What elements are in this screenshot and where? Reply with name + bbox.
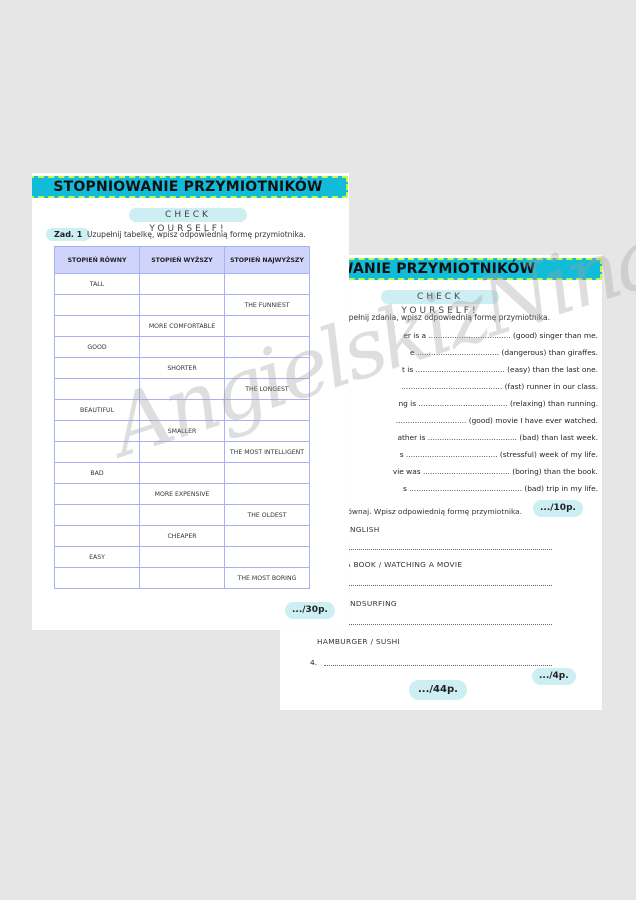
- table-cell[interactable]: [55, 526, 140, 547]
- table-cell: CHEAPER: [140, 526, 225, 547]
- table-cell[interactable]: [55, 316, 140, 337]
- answer-line[interactable]: [340, 585, 552, 586]
- table-row: THE OLDEST: [55, 505, 310, 526]
- table-cell[interactable]: [225, 337, 310, 358]
- answer-line[interactable]: [324, 665, 552, 666]
- table-cell[interactable]: [225, 358, 310, 379]
- table-cell[interactable]: [55, 505, 140, 526]
- sentence-item: vie was ................................…: [393, 467, 598, 476]
- check-yourself-badge: CHECK YOURSELF!: [129, 208, 247, 222]
- sentence-item: s ......................................…: [400, 450, 598, 459]
- table-cell[interactable]: [55, 442, 140, 463]
- table-cell[interactable]: [140, 568, 225, 589]
- table-cell[interactable]: [140, 337, 225, 358]
- table-cell[interactable]: [225, 484, 310, 505]
- table-cell[interactable]: [225, 463, 310, 484]
- column-header: STOPIEŃ WYŻSZY: [140, 247, 225, 274]
- table-row: THE LONGEST: [55, 379, 310, 400]
- table-cell[interactable]: [225, 316, 310, 337]
- table-cell[interactable]: [55, 295, 140, 316]
- table-cell[interactable]: [140, 274, 225, 295]
- table-cell[interactable]: [140, 505, 225, 526]
- table-cell[interactable]: [140, 379, 225, 400]
- table-cell: MORE EXPENSIVE: [140, 484, 225, 505]
- sentence-item: er is a ................................…: [403, 331, 598, 340]
- task-instruction: zupełnij zdania, wpisz odpowiednią formę…: [340, 313, 550, 322]
- table-cell[interactable]: [225, 526, 310, 547]
- sentence-item: ng is ..................................…: [398, 399, 598, 408]
- sentence-item: s ......................................…: [403, 484, 598, 493]
- table-cell[interactable]: [140, 400, 225, 421]
- table-cell: THE LONGEST: [225, 379, 310, 400]
- table-row: EASY: [55, 547, 310, 568]
- table-header-row: STOPIEŃ RÓWNY STOPIEŃ WYŻSZY STOPIEŃ NAJ…: [55, 247, 310, 274]
- page-title: STOPNIOWANIE PRZYMIOTNIKÓW: [53, 179, 322, 195]
- sentence-item: e ................................... (d…: [410, 348, 598, 357]
- item-number: 4.: [310, 658, 317, 667]
- score-badge: .../4p.: [532, 668, 576, 685]
- table-row: TALL: [55, 274, 310, 295]
- table-cell[interactable]: [225, 274, 310, 295]
- task2-instruction: orównaj. Wpisz odpowiednią formę przymio…: [340, 507, 522, 516]
- table-row: SMALLER: [55, 421, 310, 442]
- table-cell[interactable]: [140, 463, 225, 484]
- table-row: BAD: [55, 463, 310, 484]
- table-row: BEAUTIFUL: [55, 400, 310, 421]
- task-label: Zad. 1: [46, 228, 90, 241]
- table-row: THE MOST BORING: [55, 568, 310, 589]
- table-cell[interactable]: [55, 484, 140, 505]
- table-cell[interactable]: [225, 421, 310, 442]
- table-row: THE FUNNIEST: [55, 295, 310, 316]
- table-cell: EASY: [55, 547, 140, 568]
- table-row: GOOD: [55, 337, 310, 358]
- table-cell[interactable]: [225, 547, 310, 568]
- table-cell[interactable]: [55, 379, 140, 400]
- table-row: MORE EXPENSIVE: [55, 484, 310, 505]
- total-score-badge: .../44p.: [409, 680, 467, 700]
- table-cell: THE MOST INTELLIGENT: [225, 442, 310, 463]
- sentence-item: t is ...................................…: [402, 365, 598, 374]
- table-cell: THE MOST BORING: [225, 568, 310, 589]
- table-cell[interactable]: [55, 421, 140, 442]
- column-header: STOPIEŃ RÓWNY: [55, 247, 140, 274]
- table-cell: GOOD: [55, 337, 140, 358]
- score-badge: .../10p.: [533, 500, 583, 517]
- check-yourself-badge: CHECK YOURSELF!: [381, 290, 499, 304]
- table-cell: SMALLER: [140, 421, 225, 442]
- sentence-item: .............................. (good) mo…: [396, 416, 598, 425]
- table-cell[interactable]: [55, 568, 140, 589]
- task-instruction: Uzupełnij tabelkę, wpisz odpowiednią for…: [87, 230, 306, 239]
- table-cell: BAD: [55, 463, 140, 484]
- table-cell: BEAUTIFUL: [55, 400, 140, 421]
- table-row: SHORTER: [55, 358, 310, 379]
- comparison-item: : A BOOK / WATCHING A MOVIE: [340, 560, 462, 569]
- table-row: THE MOST INTELLIGENT: [55, 442, 310, 463]
- table-row: CHEAPER: [55, 526, 310, 547]
- column-header: STOPIEŃ NAJWYŻSZY: [225, 247, 310, 274]
- sentence-item: ather is ...............................…: [397, 433, 598, 442]
- adjective-table: STOPIEŃ RÓWNY STOPIEŃ WYŻSZY STOPIEŃ NAJ…: [54, 246, 310, 589]
- table-cell[interactable]: [55, 358, 140, 379]
- answer-line[interactable]: [340, 624, 552, 625]
- table-cell[interactable]: [140, 547, 225, 568]
- table-cell[interactable]: [140, 295, 225, 316]
- title-banner: STOPNIOWANIE PRZYMIOTNIKÓW: [32, 176, 348, 198]
- table-cell: THE FUNNIEST: [225, 295, 310, 316]
- score-badge: .../30p.: [285, 602, 335, 619]
- table-cell: THE OLDEST: [225, 505, 310, 526]
- table-cell: TALL: [55, 274, 140, 295]
- table-cell[interactable]: [225, 400, 310, 421]
- comparison-item: HAMBURGER / SUSHI: [317, 637, 400, 646]
- table-cell[interactable]: [140, 442, 225, 463]
- table-row: MORE COMFORTABLE: [55, 316, 310, 337]
- table-cell: SHORTER: [140, 358, 225, 379]
- sentence-item: ........................................…: [401, 382, 598, 391]
- worksheet-page-1: STOPNIOWANIE PRZYMIOTNIKÓW CHECK YOURSEL…: [32, 173, 349, 630]
- table-cell: MORE COMFORTABLE: [140, 316, 225, 337]
- answer-line[interactable]: [340, 549, 552, 550]
